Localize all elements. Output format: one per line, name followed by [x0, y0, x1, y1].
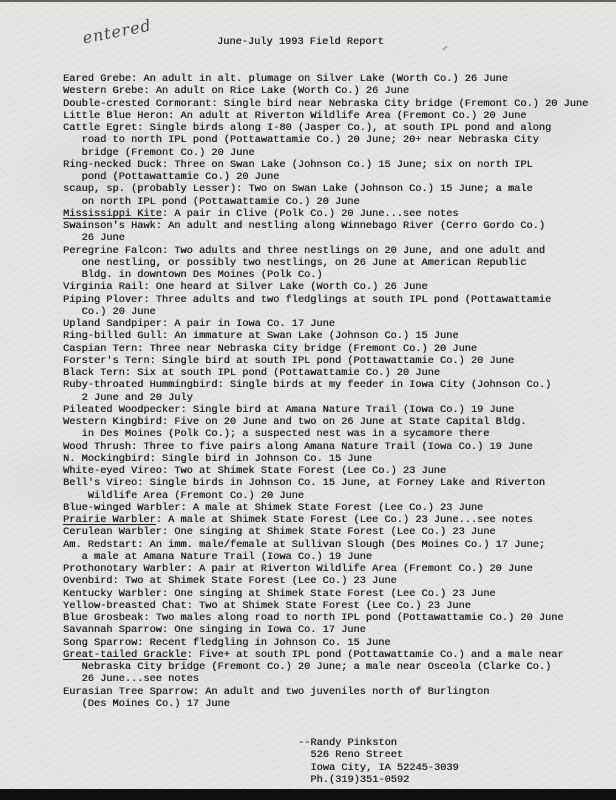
entry-first-line: Ring-billed Gull: An immature at Swan La… [63, 330, 603, 342]
report-entry: Pileated Woodpecker: Single bird at Aman… [63, 404, 603, 416]
species-name: Blue-winged Warbler [63, 502, 180, 514]
entry-text: : Three to five pairs along Amana Nature… [131, 441, 533, 453]
species-name: Cattle Egret [63, 122, 137, 134]
report-entry: Kentucky Warbler: One singing at Shimek … [63, 588, 603, 600]
entry-first-line: Yellow-breasted Chat: Two at Shimek Stat… [63, 600, 603, 612]
entry-continuation-line: on north IPL pond (Pottawattamie Co.) 20… [63, 196, 603, 208]
signature-line: Iowa City, IA 52245-3039 [298, 762, 459, 774]
report-entry: N. Mockingbird: Single bird in Johnson C… [63, 453, 603, 465]
report-entry: Prothonotary Warbler: A pair at Riverton… [63, 563, 603, 575]
entry-text: : One singing at Shimek State Forest (Le… [162, 588, 496, 600]
report-entry: Swainson's Hawk: An adult and nestling a… [63, 220, 603, 245]
report-entry: Little Blue Heron: An adult at Riverton … [63, 110, 603, 122]
entry-continuation-line: pond (Pottawattamie Co.) 20 June [63, 171, 603, 183]
entry-first-line: Forster's Tern: Single bird at south IPL… [63, 355, 603, 367]
entry-first-line: Ruby-throated Hummingbird: Single birds … [63, 379, 603, 391]
species-name: Swainson's Hawk [63, 220, 156, 232]
species-name: Bell's Vireo [63, 477, 137, 489]
species-name: Eurasian Tree Sparrow [63, 686, 193, 698]
entry-text: : Two at Shimek State Forest (Lee Co.) 2… [162, 465, 446, 477]
scan-speck [442, 45, 448, 50]
report-entry: Bell's Vireo: Single birds in Johnson Co… [63, 477, 603, 502]
report-entry: scaup, sp. (probably Lesser): Two on Swa… [63, 183, 603, 208]
entry-first-line: Eurasian Tree Sparrow: An adult and two … [63, 686, 603, 698]
species-name: Double-crested Cormorant [63, 98, 211, 110]
species-name: N. Mockingbird [63, 453, 150, 465]
entry-first-line: Blue-winged Warbler: A male at Shimek St… [63, 502, 603, 514]
entry-text: : An imm. male/female at Sullivan Slough… [137, 539, 545, 551]
report-entry: Upland Sandpiper: A pair in Iowa Co. 17 … [63, 318, 603, 330]
entry-text: : Six at south IPL pond (Pottawattamie C… [125, 367, 440, 379]
entry-first-line: White-eyed Vireo: Two at Shimek State Fo… [63, 465, 603, 477]
report-entry: White-eyed Vireo: Two at Shimek State Fo… [63, 465, 603, 477]
report-entry: Cerulean Warbler: One singing at Shimek … [63, 526, 603, 538]
scan-bottom-edge [0, 789, 616, 800]
entry-first-line: Mississippi Kite: A pair in Clive (Polk … [63, 208, 603, 220]
species-name: Yellow-breasted Chat [63, 600, 187, 612]
signature-line: 526 Reno Street [298, 749, 459, 761]
entry-continuation-line: 26 June...see notes [63, 673, 603, 685]
entry-text: : Single bird near Nebraska City bridge … [211, 98, 588, 110]
entry-text: : Two adults and three nestlings on 20 J… [162, 245, 545, 257]
entry-text: : Two at Shimek State Forest (Lee Co.) 2… [187, 600, 471, 612]
entry-text: : One singing in Iowa Co. 17 June [162, 624, 366, 636]
entry-text: : Three on Swan Lake (Johnson Co.) 15 Ju… [162, 159, 533, 171]
species-name: Wood Thrush [63, 441, 131, 453]
entry-first-line: Am. Redstart: An imm. male/female at Sul… [63, 539, 603, 551]
entry-first-line: Eared Grebe: An adult in alt. plumage on… [63, 73, 603, 85]
entry-text: : A male at Shimek State Forest (Lee Co.… [156, 514, 533, 526]
species-name: Mississippi Kite [63, 208, 162, 220]
entry-text: : Three near Nebraska City bridge (Fremo… [137, 343, 477, 355]
entry-continuation-line: Wildlife Area (Fremont Co.) 20 June [63, 490, 603, 502]
species-name: Upland Sandpiper [63, 318, 162, 330]
species-name: Black Tern [63, 367, 125, 379]
entry-first-line: Piping Plover: Three adults and two fled… [63, 294, 603, 306]
entry-text: : An adult and two juveniles north of Bu… [193, 686, 490, 698]
entry-first-line: Upland Sandpiper: A pair in Iowa Co. 17 … [63, 318, 603, 330]
entry-first-line: Western Grebe: An adult on Rice Lake (Wo… [63, 85, 603, 97]
entry-text: : A male at Shimek State Forest (Lee Co.… [180, 502, 483, 514]
species-name: Ruby-throated Hummingbird [63, 379, 217, 391]
species-name: Peregrine Falcon [63, 245, 162, 257]
entry-text: : Single bird at south IPL pond (Pottawa… [150, 355, 515, 367]
species-name: Virginia Rail [63, 281, 143, 293]
entry-text: : An immature at Swan Lake (Johnson Co.)… [162, 330, 459, 342]
entry-text: : An adult on Rice Lake (Worth Co.) 26 J… [143, 85, 409, 97]
species-name: Ovenbird [63, 575, 112, 587]
species-name: Great-tailed Grackle [63, 649, 187, 661]
entry-text: : Five+ at south IPL pond (Pottawattamie… [187, 649, 564, 661]
entry-first-line: Prothonotary Warbler: A pair at Riverton… [63, 563, 603, 575]
scan-top-edge [0, 0, 616, 2]
report-entry: Forster's Tern: Single bird at south IPL… [63, 355, 603, 367]
entry-first-line: Blue Grosbeak: Two males along road to n… [63, 612, 603, 624]
report-entry: Eurasian Tree Sparrow: An adult and two … [63, 686, 603, 711]
entry-first-line: Great-tailed Grackle: Five+ at south IPL… [63, 649, 603, 661]
species-name: Western Kingbird [63, 416, 162, 428]
entry-text: : An adult at Riverton Wildlife Area (Fr… [168, 110, 526, 122]
report-entry: Prairie Warbler: A male at Shimek State … [63, 514, 603, 526]
report-entry: Caspian Tern: Three near Nebraska City b… [63, 343, 603, 355]
entry-continuation-line: road to north IPL pond (Pottawattamie Co… [63, 134, 603, 146]
entry-first-line: Cerulean Warbler: One singing at Shimek … [63, 526, 603, 538]
species-name: Eared Grebe [63, 73, 131, 85]
species-name: scaup, sp. (probably Lesser) [63, 183, 236, 195]
entry-continuation-line: Co.) 20 June [63, 306, 603, 318]
entry-first-line: Ovenbird: Two at Shimek State Forest (Le… [63, 575, 603, 587]
entry-first-line: Pileated Woodpecker: Single bird at Aman… [63, 404, 603, 416]
entry-first-line: Kentucky Warbler: One singing at Shimek … [63, 588, 603, 600]
entry-first-line: Cattle Egret: Single birds along I-80 (J… [63, 122, 603, 134]
report-entry: Savannah Sparrow: One singing in Iowa Co… [63, 624, 603, 636]
report-entry: Eared Grebe: An adult in alt. plumage on… [63, 73, 603, 85]
entry-first-line: Swainson's Hawk: An adult and nestling a… [63, 220, 603, 232]
entry-first-line: N. Mockingbird: Single bird in Johnson C… [63, 453, 603, 465]
scanned-document-page: entered June-July 1993 Field Report Eare… [0, 0, 616, 800]
report-entry: Black Tern: Six at south IPL pond (Potta… [63, 367, 603, 379]
signature-line: Ph.(319)351-0592 [298, 774, 459, 786]
entry-text: : Single bird in Johnson Co. 15 June [150, 453, 372, 465]
report-entry: Western Grebe: An adult on Rice Lake (Wo… [63, 85, 603, 97]
report-entry: Am. Redstart: An imm. male/female at Sul… [63, 539, 603, 564]
entry-first-line: Ring-necked Duck: Three on Swan Lake (Jo… [63, 159, 603, 171]
entry-first-line: Caspian Tern: Three near Nebraska City b… [63, 343, 603, 355]
report-entry: Mississippi Kite: A pair in Clive (Polk … [63, 208, 603, 220]
report-entry: Wood Thrush: Three to five pairs along A… [63, 441, 603, 453]
report-entry: Ring-billed Gull: An immature at Swan La… [63, 330, 603, 342]
report-entry: Western Kingbird: Five on 20 June and tw… [63, 416, 603, 441]
entry-text: : A pair at Riverton Wildlife Area (Frem… [187, 563, 533, 575]
page-title: June-July 1993 Field Report [217, 36, 384, 48]
entry-first-line: scaup, sp. (probably Lesser): Two on Swa… [63, 183, 603, 195]
entry-text: : Five on 20 June and two on 26 June at … [162, 416, 527, 428]
species-name: Blue Grosbeak [63, 612, 143, 624]
entry-first-line: Prairie Warbler: A male at Shimek State … [63, 514, 603, 526]
species-name: Song Sparrow [63, 637, 137, 649]
entry-first-line: Virginia Rail: One heard at Silver Lake … [63, 281, 603, 293]
report-entry: Song Sparrow: Recent fledgling in Johnso… [63, 637, 603, 649]
entry-text: : A pair in Iowa Co. 17 June [162, 318, 335, 330]
entry-continuation-line: in Des Moines (Polk Co.); a suspected ne… [63, 428, 603, 440]
species-name: Piping Plover [63, 294, 143, 306]
species-name: Prairie Warbler [63, 514, 156, 526]
species-name: Pileated Woodpecker [63, 404, 180, 416]
entry-text: : Recent fledgling in Johnson Co. 15 Jun… [137, 637, 390, 649]
entry-text: : One heard at Silver Lake (Worth Co.) 2… [143, 281, 427, 293]
entry-text: : One singing at Shimek State Forest (Le… [162, 526, 496, 538]
report-entry: Ovenbird: Two at Shimek State Forest (Le… [63, 575, 603, 587]
signature-name: --Randy Pinkston [298, 737, 459, 749]
handwritten-annotation: entered [81, 15, 153, 47]
entry-continuation-line: one nestling, or possibly two nestlings,… [63, 257, 603, 269]
entry-continuation-line: a male at Amana Nature Trail (Iowa Co.) … [63, 551, 603, 563]
entry-first-line: Western Kingbird: Five on 20 June and tw… [63, 416, 603, 428]
species-name: White-eyed Vireo [63, 465, 162, 477]
entry-continuation-line: Bldg. in downtown Des Moines (Polk Co.) [63, 269, 603, 281]
entry-first-line: Savannah Sparrow: One singing in Iowa Co… [63, 624, 603, 636]
species-name: Little Blue Heron [63, 110, 168, 122]
report-entry: Cattle Egret: Single birds along I-80 (J… [63, 122, 603, 159]
report-entry: Peregrine Falcon: Two adults and three n… [63, 245, 603, 282]
species-name: Savannah Sparrow [63, 624, 162, 636]
report-entry: Blue-winged Warbler: A male at Shimek St… [63, 502, 603, 514]
species-name: Forster's Tern [63, 355, 150, 367]
entry-continuation-line: 26 June [63, 232, 603, 244]
species-name: Ring-billed Gull [63, 330, 162, 342]
report-entry: Yellow-breasted Chat: Two at Shimek Stat… [63, 600, 603, 612]
species-name: Cerulean Warbler [63, 526, 162, 538]
entry-text: : Single birds in Johnson Co. 15 June, a… [137, 477, 545, 489]
entry-first-line: Song Sparrow: Recent fledgling in Johnso… [63, 637, 603, 649]
signature-block: --Randy Pinkston 526 Reno Street Iowa Ci… [298, 737, 459, 786]
entry-text: : Single birds at my feeder in Iowa City… [217, 379, 551, 391]
entry-continuation-line: (Des Moines Co.) 17 June [63, 698, 603, 710]
species-name: Caspian Tern [63, 343, 137, 355]
entry-text: : An adult in alt. plumage on Silver Lak… [131, 73, 508, 85]
entry-text: : Two males along road to north IPL pond… [143, 612, 563, 624]
entry-text: : An adult and nestling along Winnebago … [156, 220, 545, 232]
report-entry: Blue Grosbeak: Two males along road to n… [63, 612, 603, 624]
report-entry: Ruby-throated Hummingbird: Single birds … [63, 379, 603, 404]
entry-text: : Three adults and two fledglings at sou… [143, 294, 551, 306]
entry-first-line: Little Blue Heron: An adult at Riverton … [63, 110, 603, 122]
report-entry: Great-tailed Grackle: Five+ at south IPL… [63, 649, 603, 686]
species-name: Am. Redstart [63, 539, 137, 551]
report-entry: Virginia Rail: One heard at Silver Lake … [63, 281, 603, 293]
species-name: Ring-necked Duck [63, 159, 162, 171]
entry-continuation-line: 2 June and 20 July [63, 392, 603, 404]
entry-continuation-line: bridge (Fremont Co.) 20 June [63, 147, 603, 159]
report-entry: Double-crested Cormorant: Single bird ne… [63, 98, 603, 110]
species-name: Prothonotary Warbler [63, 563, 187, 575]
entry-text: : Two on Swan Lake (Johnson Co.) 15 June… [236, 183, 533, 195]
entry-text: : A pair in Clive (Polk Co.) 20 June...s… [162, 208, 459, 220]
entry-first-line: Peregrine Falcon: Two adults and three n… [63, 245, 603, 257]
report-entry: Ring-necked Duck: Three on Swan Lake (Jo… [63, 159, 603, 184]
entry-first-line: Double-crested Cormorant: Single bird ne… [63, 98, 603, 110]
entry-first-line: Bell's Vireo: Single birds in Johnson Co… [63, 477, 603, 489]
entry-text: : Single bird at Amana Nature Trail (Iow… [180, 404, 514, 416]
species-name: Western Grebe [63, 85, 143, 97]
entry-first-line: Wood Thrush: Three to five pairs along A… [63, 441, 603, 453]
entry-text: : Single birds along I-80 (Jasper Co.), … [137, 122, 551, 134]
entry-first-line: Black Tern: Six at south IPL pond (Potta… [63, 367, 603, 379]
report-body: Eared Grebe: An adult in alt. plumage on… [63, 73, 603, 710]
entry-continuation-line: Nebraska City bridge (Fremont Co.) 20 Ju… [63, 661, 603, 673]
species-name: Kentucky Warbler [63, 588, 162, 600]
entry-text: : Two at Shimek State Forest (Lee Co.) 2… [112, 575, 396, 587]
report-entry: Piping Plover: Three adults and two fled… [63, 294, 603, 319]
